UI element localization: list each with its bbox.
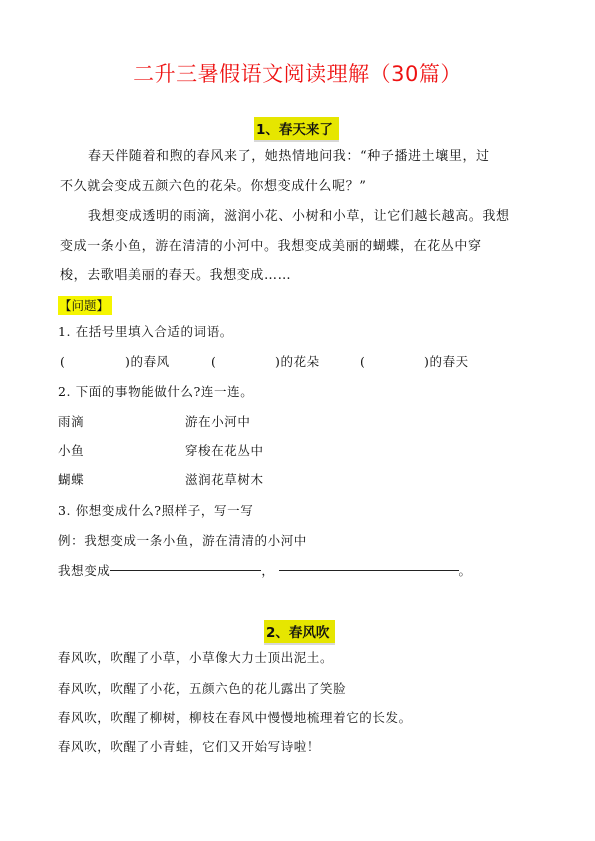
section-heading-1: 1、春天来了 xyxy=(254,117,339,142)
poem-line: 春风吹，吹醒了柳树，柳枝在春风中慢慢地梳理着它的长发。 xyxy=(58,712,412,725)
answer-prefix: 我想变成 xyxy=(58,563,110,578)
match-left-item: 雨滴 xyxy=(58,416,84,429)
answer-blank-1[interactable] xyxy=(110,570,261,571)
paragraph-line: 变成一条小鱼，游在清清的小河中。我想变成美丽的蝴蝶，在花丛中穿 xyxy=(60,240,482,253)
blank-suffix: )的花朵 xyxy=(275,356,320,369)
paragraph-line: 春天伴随着和煦的春风来了，她热情地问我：“种子播进土壤里，过 xyxy=(88,150,490,163)
section-heading-2: 2、春风吹 xyxy=(264,620,335,645)
period: 。 xyxy=(459,563,472,578)
poem-line: 春风吹，吹醒了小青蛙，它们又开始写诗啦！ xyxy=(58,741,320,754)
question-2-prompt: 2. 下面的事物能做什么?连一连。 xyxy=(58,386,253,399)
question-3-prompt: 3. 你想变成什么?照样子，写一写 xyxy=(58,505,253,518)
match-right-item: 穿梭在花丛中 xyxy=(185,445,264,458)
comma: ， xyxy=(261,563,274,578)
blank-suffix: )的春风 xyxy=(125,356,170,369)
poem-line: 春风吹，吹醒了小花，五颜六色的花儿露出了笑脸 xyxy=(58,683,346,696)
paragraph-line: 我想变成透明的雨滴，滋润小花、小树和小草，让它们越长越高。我想 xyxy=(88,210,510,223)
blank-open-paren: ( xyxy=(211,356,216,369)
match-left-item: 蝴蝶 xyxy=(58,474,84,487)
paragraph-line: 不久就会变成五颜六色的花朵。你想变成什么呢？” xyxy=(60,180,366,193)
question-3-answer-line: 我想变成，。 xyxy=(58,565,472,578)
blank-open-paren: ( xyxy=(360,356,365,369)
document-title: 二升三暑假语文阅读理解（30篇） xyxy=(0,58,595,88)
match-left-item: 小鱼 xyxy=(58,445,84,458)
match-right-item: 滋润花草树木 xyxy=(185,474,264,487)
question-1-prompt: 1. 在括号里填入合适的词语。 xyxy=(58,326,233,339)
blank-suffix: )的春天 xyxy=(424,356,469,369)
question-tag: 【问题】 xyxy=(58,296,112,315)
blank-open-paren: ( xyxy=(60,356,65,369)
question-3-example: 例：我想变成一条小鱼，游在清清的小河中 xyxy=(58,535,307,548)
match-right-item: 游在小河中 xyxy=(185,416,251,429)
paragraph-line: 梭，去歌唱美丽的春天。我想变成…… xyxy=(60,269,291,282)
answer-blank-2[interactable] xyxy=(279,570,459,571)
poem-line: 春风吹，吹醒了小草，小草像大力士顶出泥土。 xyxy=(58,652,333,665)
